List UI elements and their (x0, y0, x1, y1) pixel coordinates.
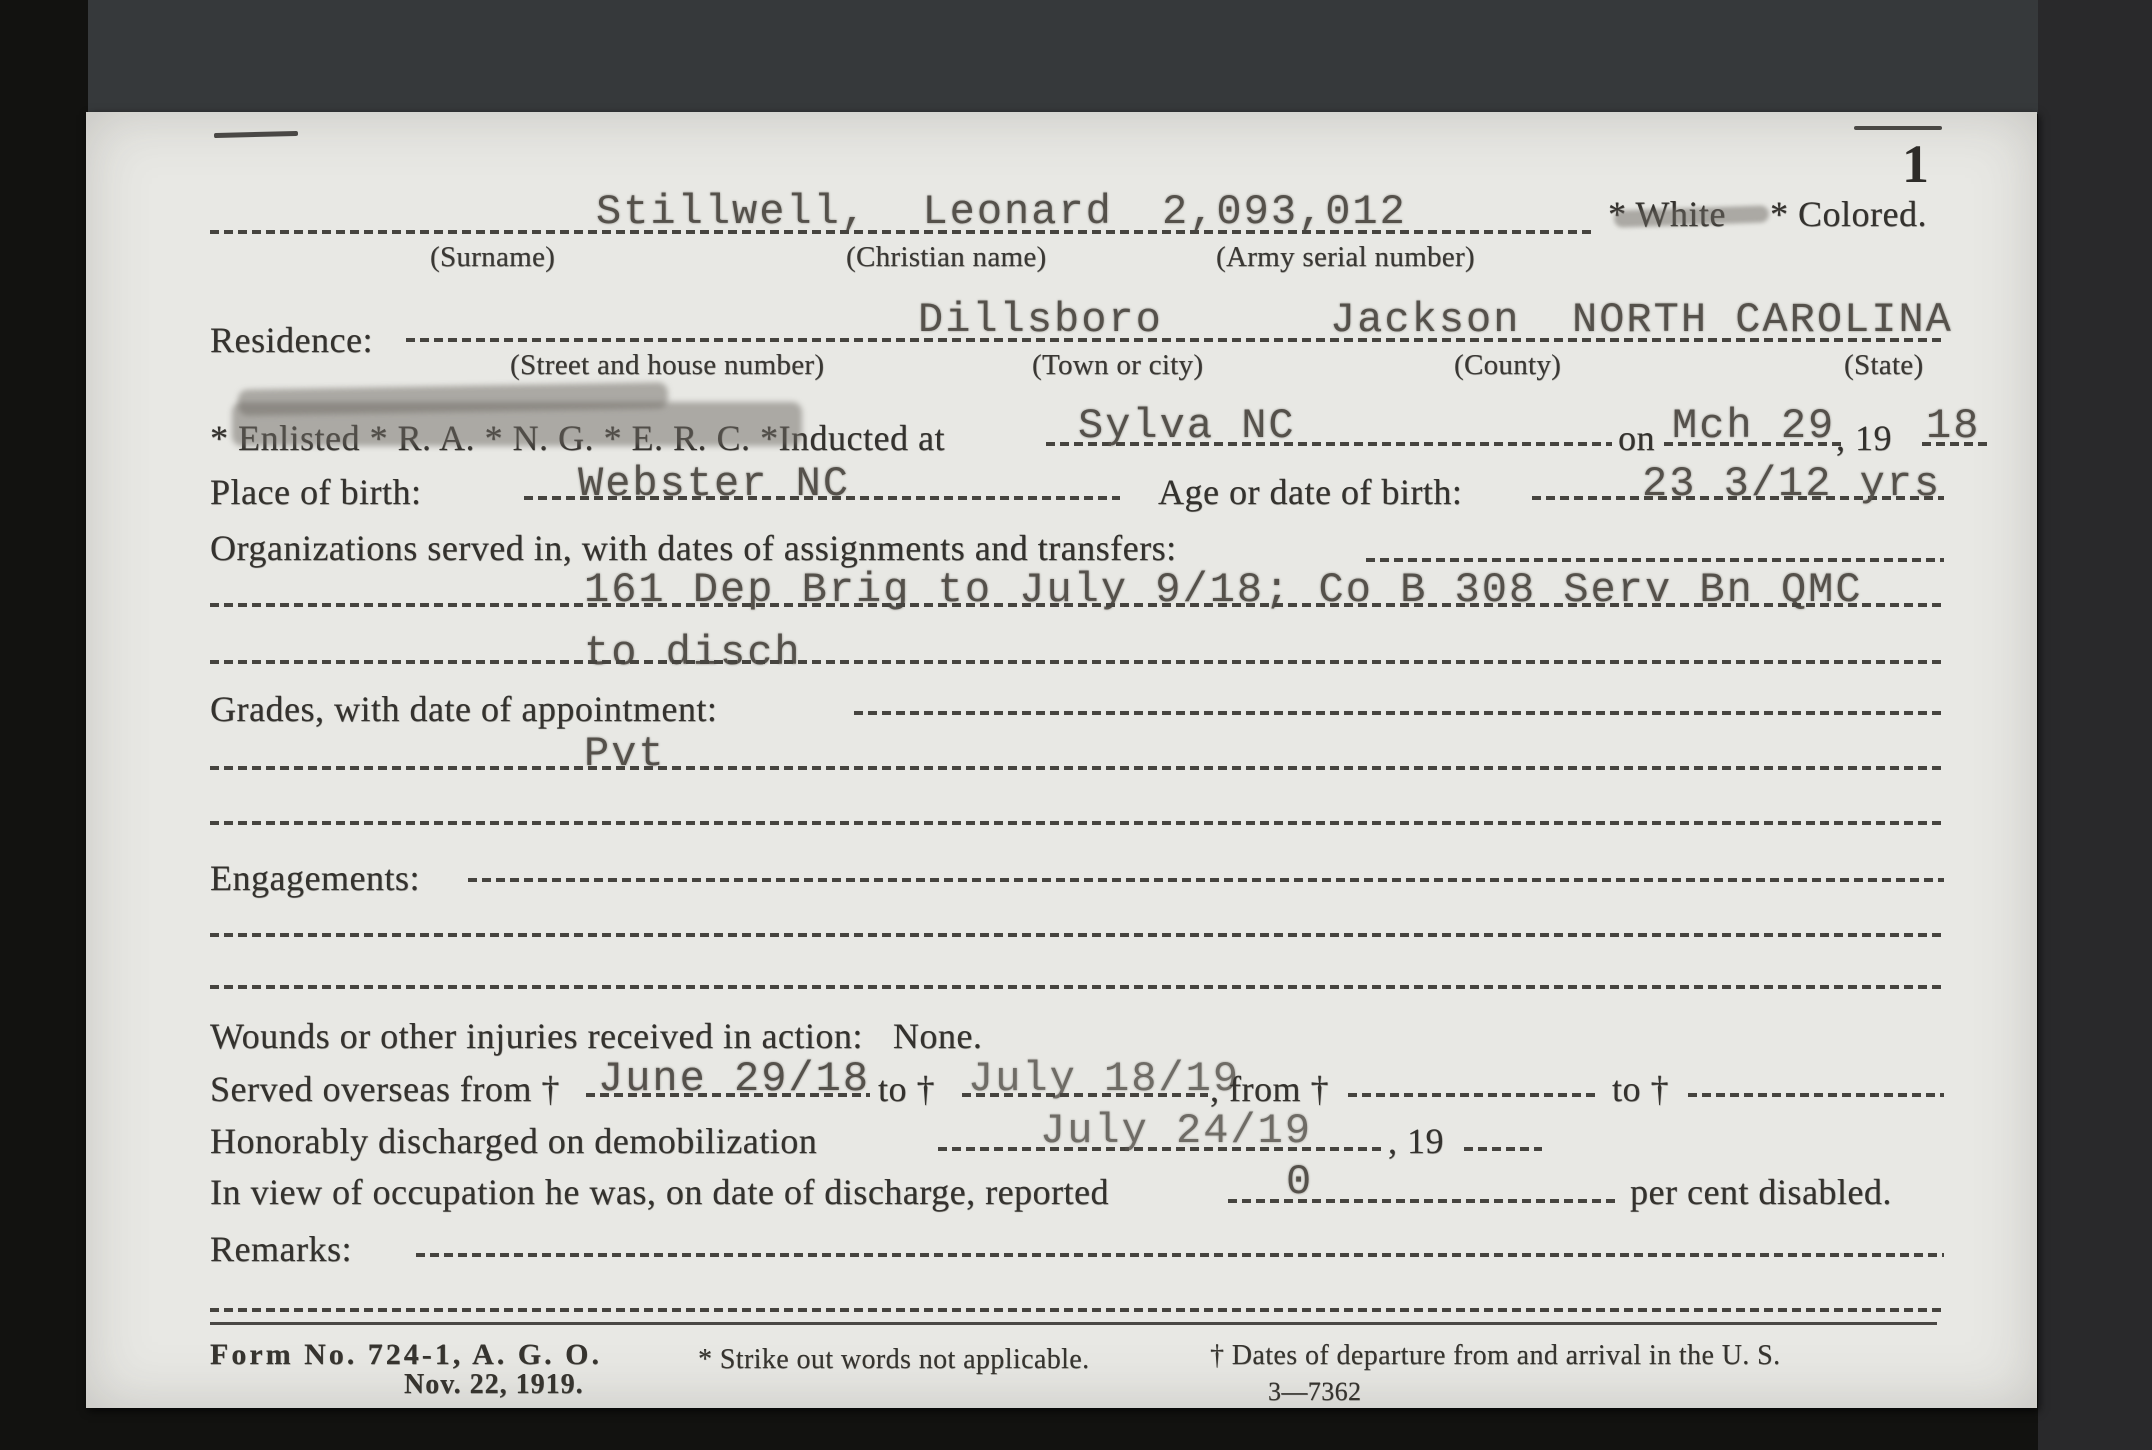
dotted-line (210, 985, 1944, 989)
age-value: 23 3/12 yrs (1642, 462, 1941, 506)
organizations-line2-value: to disch (584, 631, 802, 675)
on-label: on (1618, 420, 1655, 458)
dotted-line (416, 1253, 1944, 1257)
footer-rule (210, 1322, 1937, 1325)
dotted-line (210, 821, 1944, 825)
residence-county-value: Jackson (1330, 298, 1520, 342)
strike-note-label: * Strike out words not applicable. (698, 1345, 1090, 1374)
name-value: Stillwell, Leonard (596, 190, 1113, 234)
disability-suffix-label: per cent disabled. (1630, 1174, 1892, 1212)
remarks-label: Remarks: (210, 1231, 352, 1269)
residence-town-value: Dillsboro (918, 298, 1163, 342)
dotted-line (468, 878, 1944, 882)
caption-christian-name: (Christian name) (846, 242, 1047, 272)
disability-value: 0 (1286, 1160, 1313, 1204)
page-number-rule (1854, 126, 1942, 130)
race-colored-label: * Colored. (1770, 196, 1927, 234)
residence-state-value: NORTH CAROLINA (1572, 298, 1953, 342)
pencil-mark (214, 131, 298, 138)
dotted-line (854, 711, 1944, 715)
discharge-date-value: July 24/19 (1040, 1109, 1312, 1153)
dotted-line (210, 766, 1944, 770)
caption-county: (County) (1454, 350, 1561, 380)
overseas-label: Served overseas from † (210, 1071, 560, 1109)
caption-town: (Town or city) (1032, 350, 1203, 380)
disability-label: In view of occupation he was, on date of… (210, 1174, 1109, 1212)
dotted-line (210, 1308, 1944, 1312)
place-of-birth-label: Place of birth: (210, 474, 421, 512)
grades-label: Grades, with date of appointment: (210, 691, 717, 729)
service-record-card: 1 Stillwell, Leonard 2,093,012 * White *… (86, 112, 2037, 1408)
dotted-line (1464, 1147, 1542, 1151)
overseas-to-label-2: to † (1612, 1071, 1669, 1109)
dotted-line (210, 660, 1944, 664)
serial-number-value: 2,093,012 (1162, 190, 1407, 234)
wounds-label: Wounds or other injuries received in act… (210, 1018, 863, 1056)
scanned-document: 1 Stillwell, Leonard 2,093,012 * White *… (0, 0, 2152, 1450)
year-printed-label: , 19 (1836, 420, 1892, 458)
overseas-to-label-1: to † (878, 1071, 935, 1109)
dotted-line (210, 933, 1944, 937)
discharge-label: Honorably discharged on demobilization (210, 1123, 817, 1161)
caption-serial-number: (Army serial number) (1216, 242, 1475, 272)
dotted-line (1688, 1093, 1944, 1097)
organizations-label: Organizations served in, with dates of a… (210, 530, 1177, 568)
overseas-from2-label: , from † (1210, 1071, 1329, 1109)
induction-date-value: Mch 29 (1672, 404, 1835, 448)
dotted-line (1348, 1093, 1600, 1097)
engagements-label: Engagements: (210, 860, 420, 898)
wounds-value: None. (893, 1018, 982, 1056)
inducted-place-value: Sylva NC (1078, 404, 1296, 448)
dagger-note-label: † Dates of departure from and arrival in… (1210, 1341, 1780, 1370)
form-number-label: Form No. 724-1, A. G. O. (210, 1339, 602, 1371)
caption-street: (Street and house number) (510, 350, 824, 380)
caption-surname: (Surname) (430, 242, 555, 272)
background-right-band (2038, 0, 2152, 1450)
discharge-year-label: , 19 (1388, 1123, 1444, 1161)
dotted-line (962, 1093, 1208, 1097)
form-date-label: Nov. 22, 1919. (404, 1370, 584, 1399)
dotted-line (524, 496, 1120, 500)
dotted-line (1366, 558, 1944, 562)
dotted-line (210, 603, 1944, 607)
print-code-label: 3—7362 (1268, 1378, 1361, 1405)
dotted-line (586, 1093, 870, 1097)
age-label: Age or date of birth: (1158, 474, 1462, 512)
caption-state: (State) (1844, 350, 1923, 380)
page-number: 1 (1902, 136, 1929, 193)
background-top-band (88, 0, 2038, 114)
induction-year-value: 18 (1926, 404, 1980, 448)
residence-label: Residence: (210, 322, 373, 360)
dotted-line (210, 230, 1596, 234)
